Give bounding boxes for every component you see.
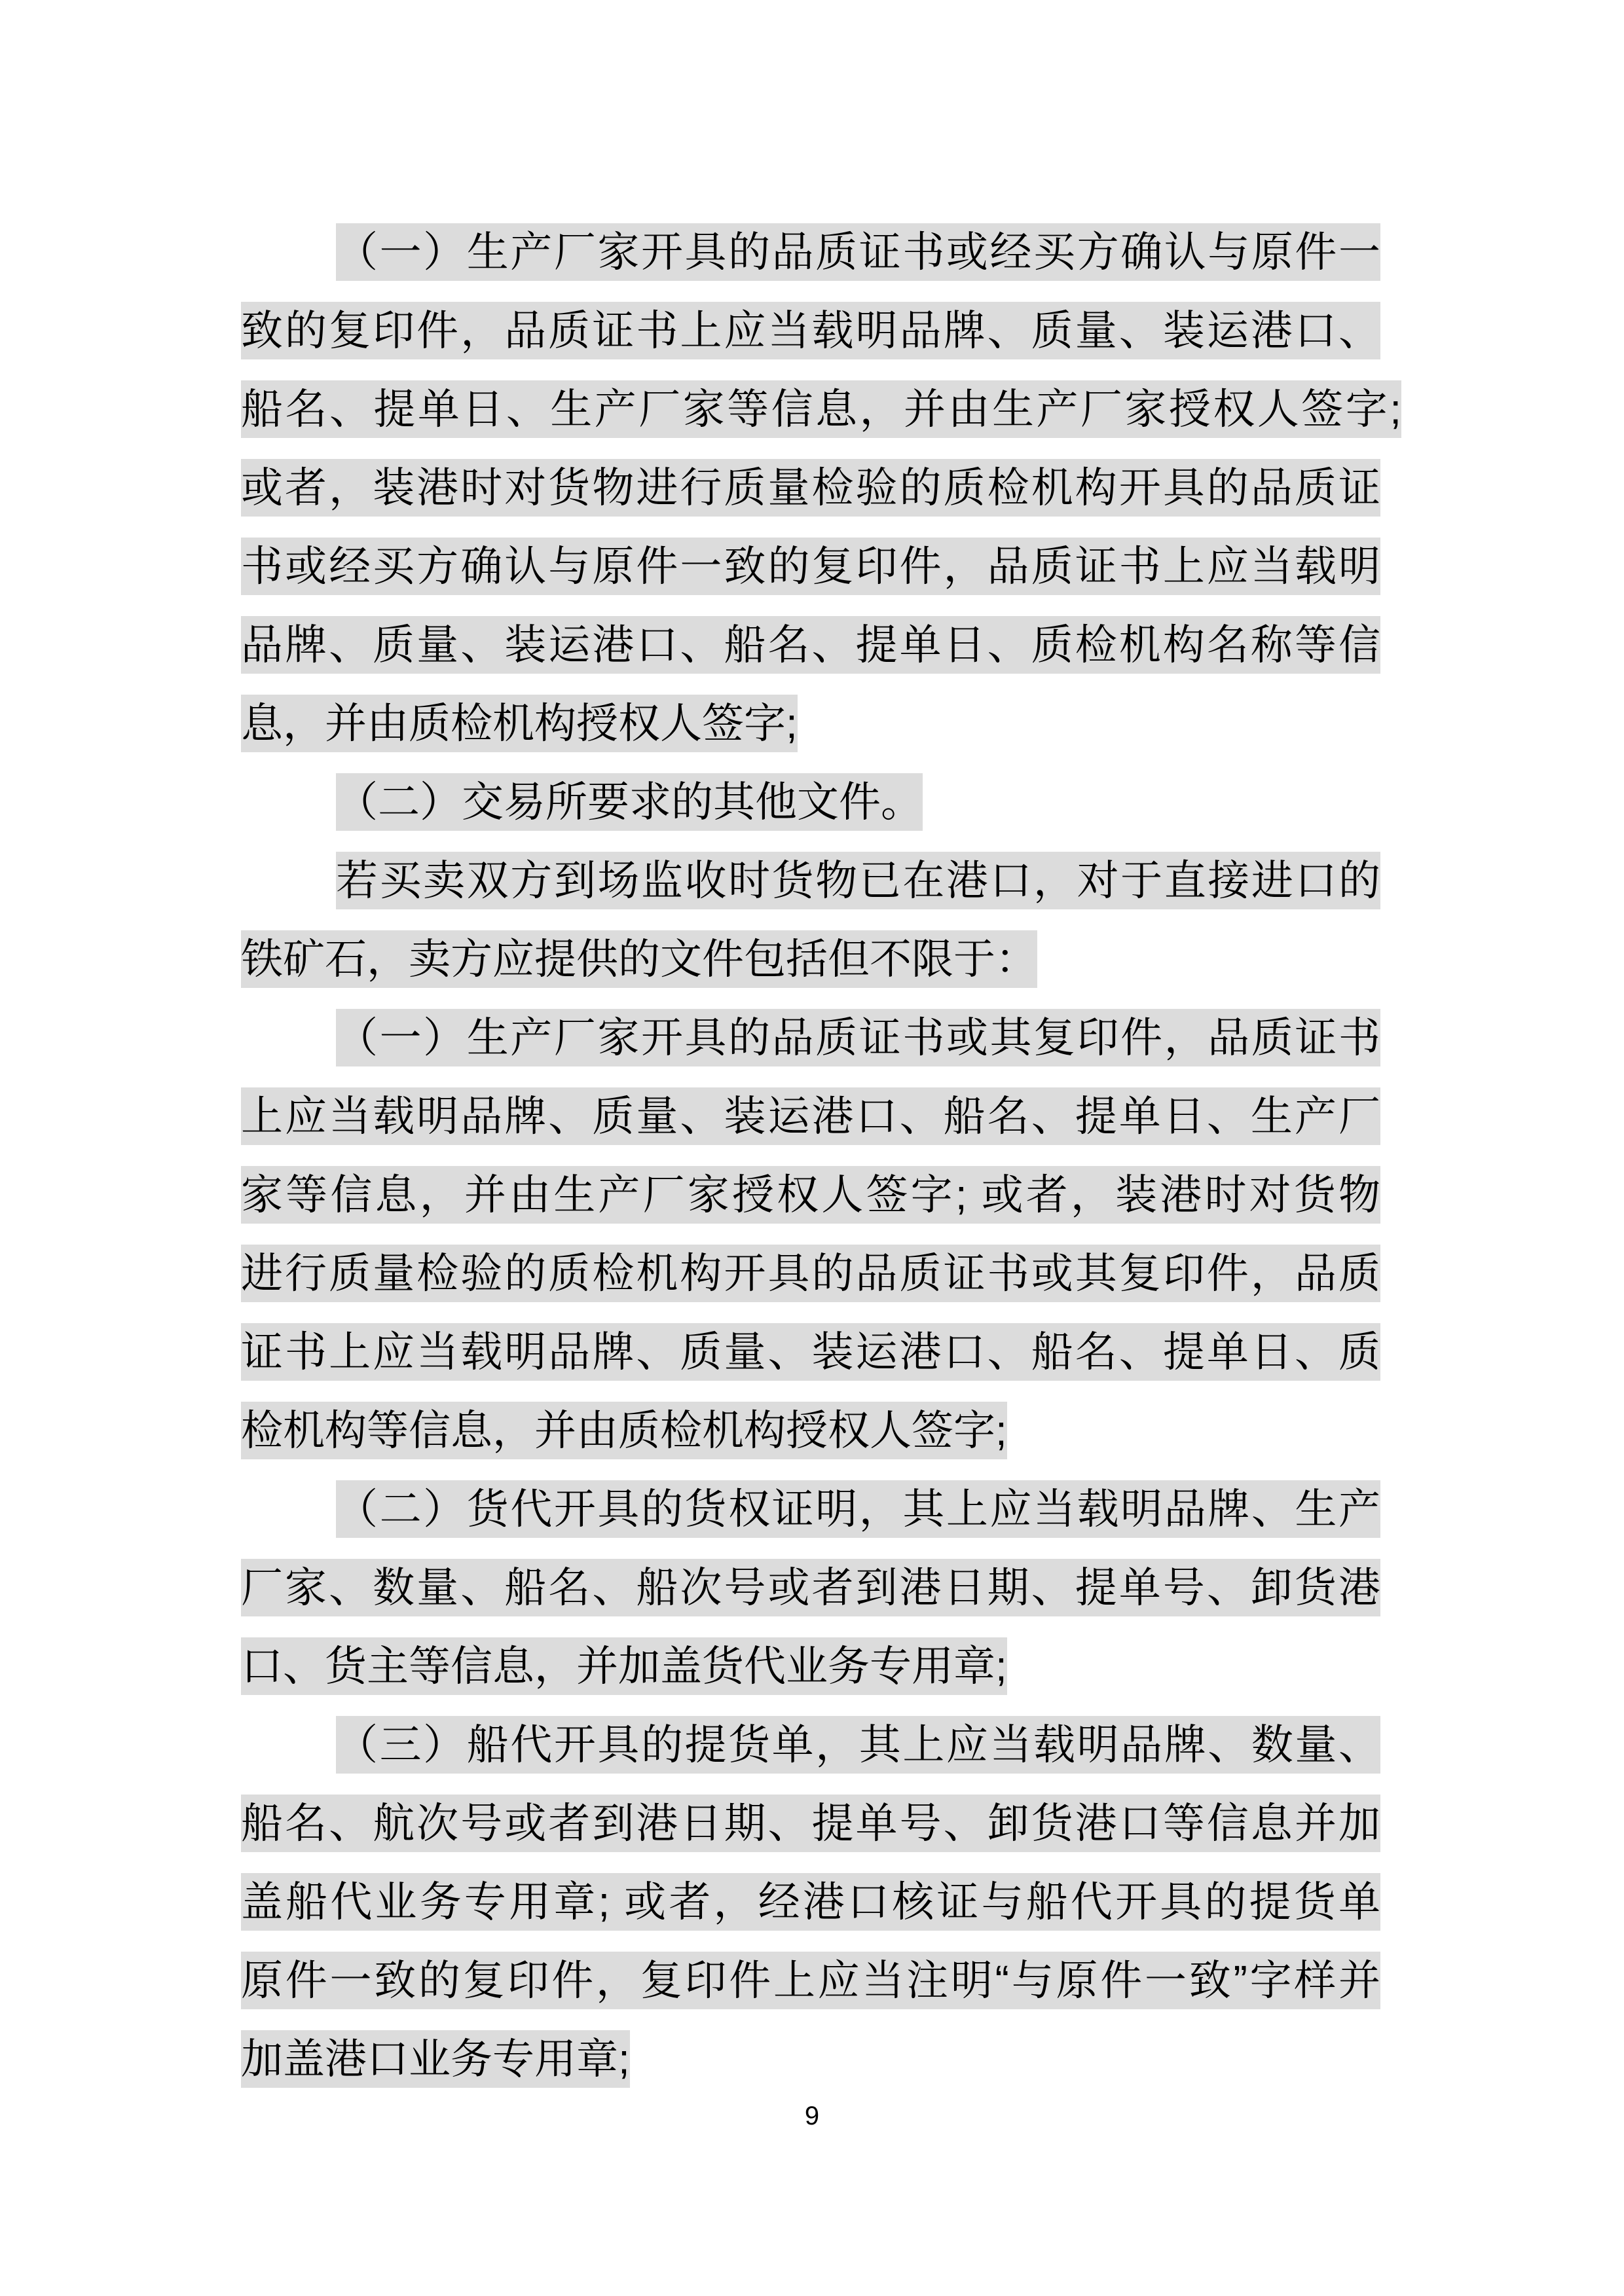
paragraph-line: 证书上应当载明品牌、质量、装运港口、船名、提单日、质 bbox=[241, 1313, 1380, 1391]
highlighted-text-line: 加盖港口业务专用章; bbox=[241, 2030, 630, 2088]
paragraph-line: 书或经买方确认与原件一致的复印件，品质证书上应当载明 bbox=[241, 527, 1380, 606]
highlighted-text-line: 厂家、数量、船名、船次号或者到港日期、提单号、卸货港 bbox=[241, 1559, 1380, 1616]
paragraph-line: （一）生产厂家开具的品质证书或其复印件，品质证书 bbox=[241, 998, 1380, 1077]
paragraph-line: 船名、航次号或者到港日期、提单号、卸货港口等信息并加 bbox=[241, 1784, 1380, 1863]
highlighted-text-line: （三）船代开具的提货单，其上应当载明品牌、数量、 bbox=[336, 1716, 1380, 1774]
paragraph-line: （二）货代开具的货权证明，其上应当载明品牌、生产 bbox=[241, 1470, 1380, 1548]
paragraph-line: （三）船代开具的提货单，其上应当载明品牌、数量、 bbox=[241, 1705, 1380, 1784]
highlighted-text-line: 书或经买方确认与原件一致的复印件，品质证书上应当载明 bbox=[241, 538, 1380, 595]
highlighted-text-line: （一）生产厂家开具的品质证书或其复印件，品质证书 bbox=[336, 1009, 1380, 1066]
highlighted-text-line: （一）生产厂家开具的品质证书或经买方确认与原件一 bbox=[336, 223, 1380, 281]
paragraph-line: 息，并由质检机构授权人签字; bbox=[241, 684, 1380, 763]
paragraph-line: 加盖港口业务专用章; bbox=[241, 2020, 1380, 2098]
highlighted-text-line: 息，并由质检机构授权人签字; bbox=[241, 695, 798, 752]
highlighted-text-line: 上应当载明品牌、质量、装运港口、船名、提单日、生产厂 bbox=[241, 1087, 1380, 1145]
highlighted-text-line: （二）货代开具的货权证明，其上应当载明品牌、生产 bbox=[336, 1480, 1380, 1538]
document-body: （一）生产厂家开具的品质证书或经买方确认与原件一 致的复印件，品质证书上应当载明… bbox=[241, 213, 1380, 2098]
highlighted-text-line: 品牌、质量、装运港口、船名、提单日、质检机构名称等信 bbox=[241, 616, 1380, 674]
paragraph-line: 家等信息，并由生产厂家授权人签字; 或者，装港时对货物 bbox=[241, 1156, 1380, 1234]
paragraph-line: （二）交易所要求的其他文件。 bbox=[241, 763, 1380, 841]
highlighted-text-line: 致的复印件，品质证书上应当载明品牌、质量、装运港口、 bbox=[241, 302, 1380, 359]
paragraph-line: 厂家、数量、船名、船次号或者到港日期、提单号、卸货港 bbox=[241, 1548, 1380, 1627]
highlighted-text-line: 进行质量检验的质检机构开具的品质证书或其复印件，品质 bbox=[241, 1245, 1380, 1302]
paragraph-line: 盖船代业务专用章; 或者，经港口核证与船代开具的提货单 bbox=[241, 1863, 1380, 1941]
paragraph-line: 进行质量检验的质检机构开具的品质证书或其复印件，品质 bbox=[241, 1234, 1380, 1313]
paragraph-line: 致的复印件，品质证书上应当载明品牌、质量、装运港口、 bbox=[241, 291, 1380, 370]
paragraph-line: 若买卖双方到场监收时货物已在港口，对于直接进口的 bbox=[241, 841, 1380, 920]
paragraph-line: 铁矿石，卖方应提供的文件包括但不限于： bbox=[241, 920, 1380, 998]
paragraph-line: 品牌、质量、装运港口、船名、提单日、质检机构名称等信 bbox=[241, 606, 1380, 684]
highlighted-text-line: 船名、提单日、生产厂家等信息，并由生产厂家授权人签字; bbox=[241, 380, 1401, 438]
highlighted-text-line: 铁矿石，卖方应提供的文件包括但不限于： bbox=[241, 930, 1037, 988]
highlighted-text-line: 盖船代业务专用章; 或者，经港口核证与船代开具的提货单 bbox=[241, 1873, 1380, 1931]
highlighted-text-line: 船名、航次号或者到港日期、提单号、卸货港口等信息并加 bbox=[241, 1795, 1380, 1852]
document-page: （一）生产厂家开具的品质证书或经买方确认与原件一 致的复印件，品质证书上应当载明… bbox=[0, 0, 1624, 2296]
highlighted-text-line: 原件一致的复印件，复印件上应当注明“与原件一致”字样并 bbox=[241, 1952, 1380, 2009]
highlighted-text-line: 证书上应当载明品牌、质量、装运港口、船名、提单日、质 bbox=[241, 1323, 1380, 1381]
highlighted-text-line: 口、货主等信息，并加盖货代业务专用章; bbox=[241, 1637, 1007, 1695]
highlighted-text-line: （二）交易所要求的其他文件。 bbox=[336, 773, 923, 831]
paragraph-line: 口、货主等信息，并加盖货代业务专用章; bbox=[241, 1627, 1380, 1705]
highlighted-text-line: 若买卖双方到场监收时货物已在港口，对于直接进口的 bbox=[336, 852, 1380, 909]
page-number: 9 bbox=[0, 2096, 1624, 2136]
highlighted-text-line: 或者，装港时对货物进行质量检验的质检机构开具的品质证 bbox=[241, 459, 1380, 517]
highlighted-text-line: 检机构等信息，并由质检机构授权人签字; bbox=[241, 1402, 1007, 1459]
paragraph-line: 船名、提单日、生产厂家等信息，并由生产厂家授权人签字; bbox=[241, 370, 1380, 448]
paragraph-line: （一）生产厂家开具的品质证书或经买方确认与原件一 bbox=[241, 213, 1380, 291]
highlighted-text-line: 家等信息，并由生产厂家授权人签字; 或者，装港时对货物 bbox=[241, 1166, 1380, 1224]
paragraph-line: 原件一致的复印件，复印件上应当注明“与原件一致”字样并 bbox=[241, 1941, 1380, 2020]
paragraph-line: 检机构等信息，并由质检机构授权人签字; bbox=[241, 1391, 1380, 1470]
paragraph-line: 或者，装港时对货物进行质量检验的质检机构开具的品质证 bbox=[241, 448, 1380, 527]
paragraph-line: 上应当载明品牌、质量、装运港口、船名、提单日、生产厂 bbox=[241, 1077, 1380, 1156]
